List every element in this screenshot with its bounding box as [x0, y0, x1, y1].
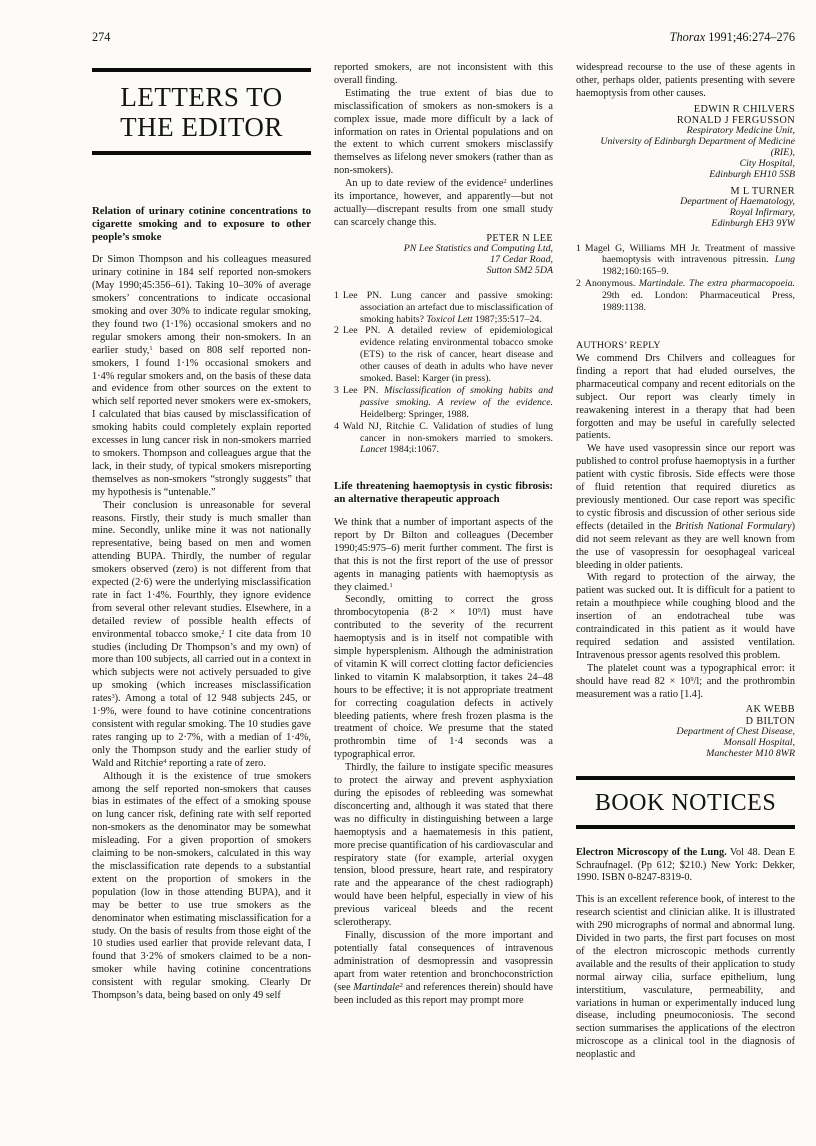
paragraph: Dr Simon Thompson and his colleagues mea… — [92, 254, 311, 499]
footnote-marker: 1 — [389, 582, 392, 589]
reference-number: 2 — [576, 278, 581, 289]
book-notices-banner: BOOK NOTICES — [576, 776, 795, 829]
reference-text: Magel G, Williams MH Jr. Treatment of ma… — [585, 243, 795, 278]
paragraph: widespread recourse to the use of these … — [576, 62, 795, 101]
letter2-title: Life threatening haemoptysis in cystic f… — [334, 480, 553, 506]
text-segment: Misclassification of smoking habits and … — [360, 385, 553, 408]
footnote-marker: 2 — [400, 982, 403, 989]
reference-item: 1Lee PN. Lung cancer and passive smoking… — [334, 290, 553, 326]
text-segment: Lancet — [360, 444, 387, 455]
reference-number: 1 — [576, 243, 581, 254]
paragraph: We commend Drs Chilvers and colleagues f… — [576, 353, 795, 443]
signature-address: PN Lee Statistics and Computing Ltd,17 C… — [334, 244, 553, 277]
text-segment: reporting a rate of zero. — [166, 758, 266, 769]
text-segment: Wald NJ, Ritchie C. Validation of studie… — [343, 421, 553, 444]
book-notice-heading: Electron Microscopy of the Lung. Vol 48.… — [576, 847, 795, 886]
text-segment: Although it is the existence of true smo… — [92, 771, 311, 1001]
signature-block: AK WEBBD BILTON Department of Chest Dise… — [576, 704, 795, 759]
text-segment: Thirdly, the failure to instigate specif… — [334, 762, 553, 928]
signature-address: Department of Chest Disease,Monsall Hosp… — [576, 727, 795, 760]
reference-number: 3 — [334, 385, 339, 396]
journal-citation: Thorax 1991;46:274–276 — [670, 30, 795, 45]
paragraph: With regard to protection of the airway,… — [576, 572, 795, 662]
paragraph: An up to date review of the evidence2 un… — [334, 178, 553, 230]
text-segment: widespread recourse to the use of these … — [576, 62, 795, 99]
paragraph: Finally, discussion of the more importan… — [334, 930, 553, 1007]
paragraph: We think that a number of important aspe… — [334, 517, 553, 594]
signature-line: University of Edinburgh Department of Me… — [576, 137, 795, 148]
column-right: widespread recourse to the use of these … — [576, 62, 795, 1146]
text-segment: based on 808 self reported non-smokers, … — [92, 345, 311, 498]
text-segment: An up to date review of the evidence — [345, 178, 503, 189]
reference-number: 4 — [334, 421, 339, 432]
letters-banner: LETTERS TO THE EDITOR — [92, 68, 311, 155]
reference-item: 2Lee PN. A detailed review of epidemiolo… — [334, 325, 553, 385]
paragraph: Secondly, omitting to correct the gross … — [334, 594, 553, 762]
signature-line: Edinburgh EH10 5SB — [576, 170, 795, 181]
text-segment: Electron Microscopy of the Lung. — [576, 847, 727, 858]
signature-line: Manchester M10 8WR — [576, 749, 795, 760]
reference-item: 2Anonymous. Martindale. The extra pharma… — [576, 278, 795, 314]
signature-line: Edinburgh EH3 9YW — [576, 219, 795, 230]
text-segment: Lung — [775, 254, 795, 265]
paragraph: reported smokers, are not inconsistent w… — [334, 62, 553, 88]
text-segment: Anonymous. — [585, 278, 639, 289]
text-segment: We think that a number of important aspe… — [334, 517, 553, 593]
text-segment: We have used vasopressin since our repor… — [576, 443, 795, 531]
journal-citation-rest: 1991;46:274–276 — [705, 30, 795, 44]
reference-list: 1Lee PN. Lung cancer and passive smoking… — [334, 290, 553, 457]
book-notices-title: BOOK NOTICES — [576, 780, 795, 825]
reference-text: Lee PN. Misclassification of smoking hab… — [343, 385, 553, 420]
text-segment: 1982;160:165–9. — [602, 266, 669, 277]
journal-name: Thorax — [670, 30, 706, 44]
page-number: 274 — [92, 30, 110, 45]
footnote-marker: 2 — [221, 629, 224, 636]
text-segment: This is an excellent reference book, of … — [576, 894, 795, 1060]
text-segment: Lee PN. A detailed review of epidemiolog… — [343, 325, 553, 384]
signature-line: AK WEBB — [576, 704, 795, 715]
paragraph: Estimating the true extent of bias due t… — [334, 88, 553, 178]
page-header: 274 Thorax 1991;46:274–276 — [92, 30, 795, 45]
signature-line: EDWIN R CHILVERS — [576, 104, 795, 115]
letter1-title: Relation of urinary cotinine concentrati… — [92, 205, 311, 243]
signature-address: Department of Haematology,Royal Infirmar… — [576, 197, 795, 230]
footnote-marker: 2 — [503, 178, 506, 185]
signature-address: Respiratory Medicine Unit,University of … — [576, 126, 795, 181]
three-column-layout: LETTERS TO THE EDITOR Relation of urinar… — [92, 62, 795, 1146]
journal-page: 274 Thorax 1991;46:274–276 LETTERS TO TH… — [0, 0, 816, 1146]
footnote-marker: 1 — [149, 345, 152, 352]
footnote-marker: 3 — [111, 693, 114, 700]
reference-text: Anonymous. Martindale. The extra pharmac… — [585, 278, 795, 313]
paragraph: Although it is the existence of true smo… — [92, 771, 311, 1003]
reference-number: 2 — [334, 325, 339, 336]
signature-names: AK WEBBD BILTON — [576, 704, 795, 726]
reference-text: Lee PN. Lung cancer and passive smoking:… — [343, 290, 553, 325]
reference-item: 3Lee PN. Misclassification of smoking ha… — [334, 385, 553, 421]
text-segment: 1987;35:517–24. — [473, 314, 542, 325]
text-segment: 29th ed. London: Pharmaceutical Press, 1… — [602, 290, 795, 313]
text-segment: With regard to protection of the airway,… — [576, 572, 795, 660]
column-middle: reported smokers, are not inconsistent w… — [334, 62, 553, 1146]
banner-rule-bottom — [576, 825, 795, 829]
footnote-marker: 4 — [163, 758, 166, 765]
text-segment: We commend Drs Chilvers and colleagues f… — [576, 353, 795, 441]
reference-item: 4Wald NJ, Ritchie C. Validation of studi… — [334, 421, 553, 457]
text-segment: British National Formulary — [675, 521, 791, 532]
reference-item: 1Magel G, Williams MH Jr. Treatment of m… — [576, 243, 795, 279]
text-segment: Estimating the true extent of bias due t… — [334, 88, 553, 176]
signature-block: EDWIN R CHILVERSRONALD J FERGUSSON Respi… — [576, 104, 795, 230]
letters-banner-title: LETTERS TO THE EDITOR — [92, 72, 311, 151]
signature-line: Sutton SM2 5DA — [334, 266, 553, 277]
reference-number: 1 — [334, 290, 339, 301]
text-segment: Magel G, Williams MH Jr. Treatment of ma… — [585, 243, 795, 266]
paragraph: We have used vasopressin since our repor… — [576, 443, 795, 572]
text-segment: Martindale — [353, 982, 399, 993]
text-segment: Toxicol Lett — [426, 314, 472, 325]
column-left: LETTERS TO THE EDITOR Relation of urinar… — [92, 62, 311, 1146]
reference-text: Wald NJ, Ritchie C. Validation of studie… — [343, 421, 553, 456]
text-segment: 1984;i:1067. — [387, 444, 439, 455]
signature-names: EDWIN R CHILVERSRONALD J FERGUSSON — [576, 104, 795, 126]
text-segment: Heidelberg: Springer, 1988. — [360, 409, 469, 420]
banner-rule-bottom — [92, 151, 311, 155]
paragraph: This is an excellent reference book, of … — [576, 894, 795, 1062]
paragraph: The platelet count was a typographical e… — [576, 663, 795, 702]
paragraph: Their conclusion is unreasonable for sev… — [92, 500, 311, 771]
paragraph: Thirdly, the failure to instigate specif… — [334, 762, 553, 930]
signature-block: PETER N LEE PN Lee Statistics and Comput… — [334, 233, 553, 277]
text-segment: /l) must have contributed to the severit… — [334, 607, 553, 760]
reference-text: Lee PN. A detailed review of epidemiolog… — [343, 325, 553, 384]
footnote-marker: 9 — [690, 676, 693, 683]
authors-reply-heading: AUTHORS’ REPLY — [576, 340, 795, 351]
text-segment: reported smokers, are not inconsistent w… — [334, 62, 553, 86]
text-segment: Lee PN. — [343, 385, 384, 396]
reference-list: 1Magel G, Williams MH Jr. Treatment of m… — [576, 243, 795, 314]
text-segment: Dr Simon Thompson and his colleagues mea… — [92, 254, 311, 355]
footnote-marker: 9 — [478, 607, 481, 614]
text-segment: Their conclusion is unreasonable for sev… — [92, 500, 311, 640]
text-segment: Martindale. The extra pharmacopoeia. — [639, 278, 795, 289]
